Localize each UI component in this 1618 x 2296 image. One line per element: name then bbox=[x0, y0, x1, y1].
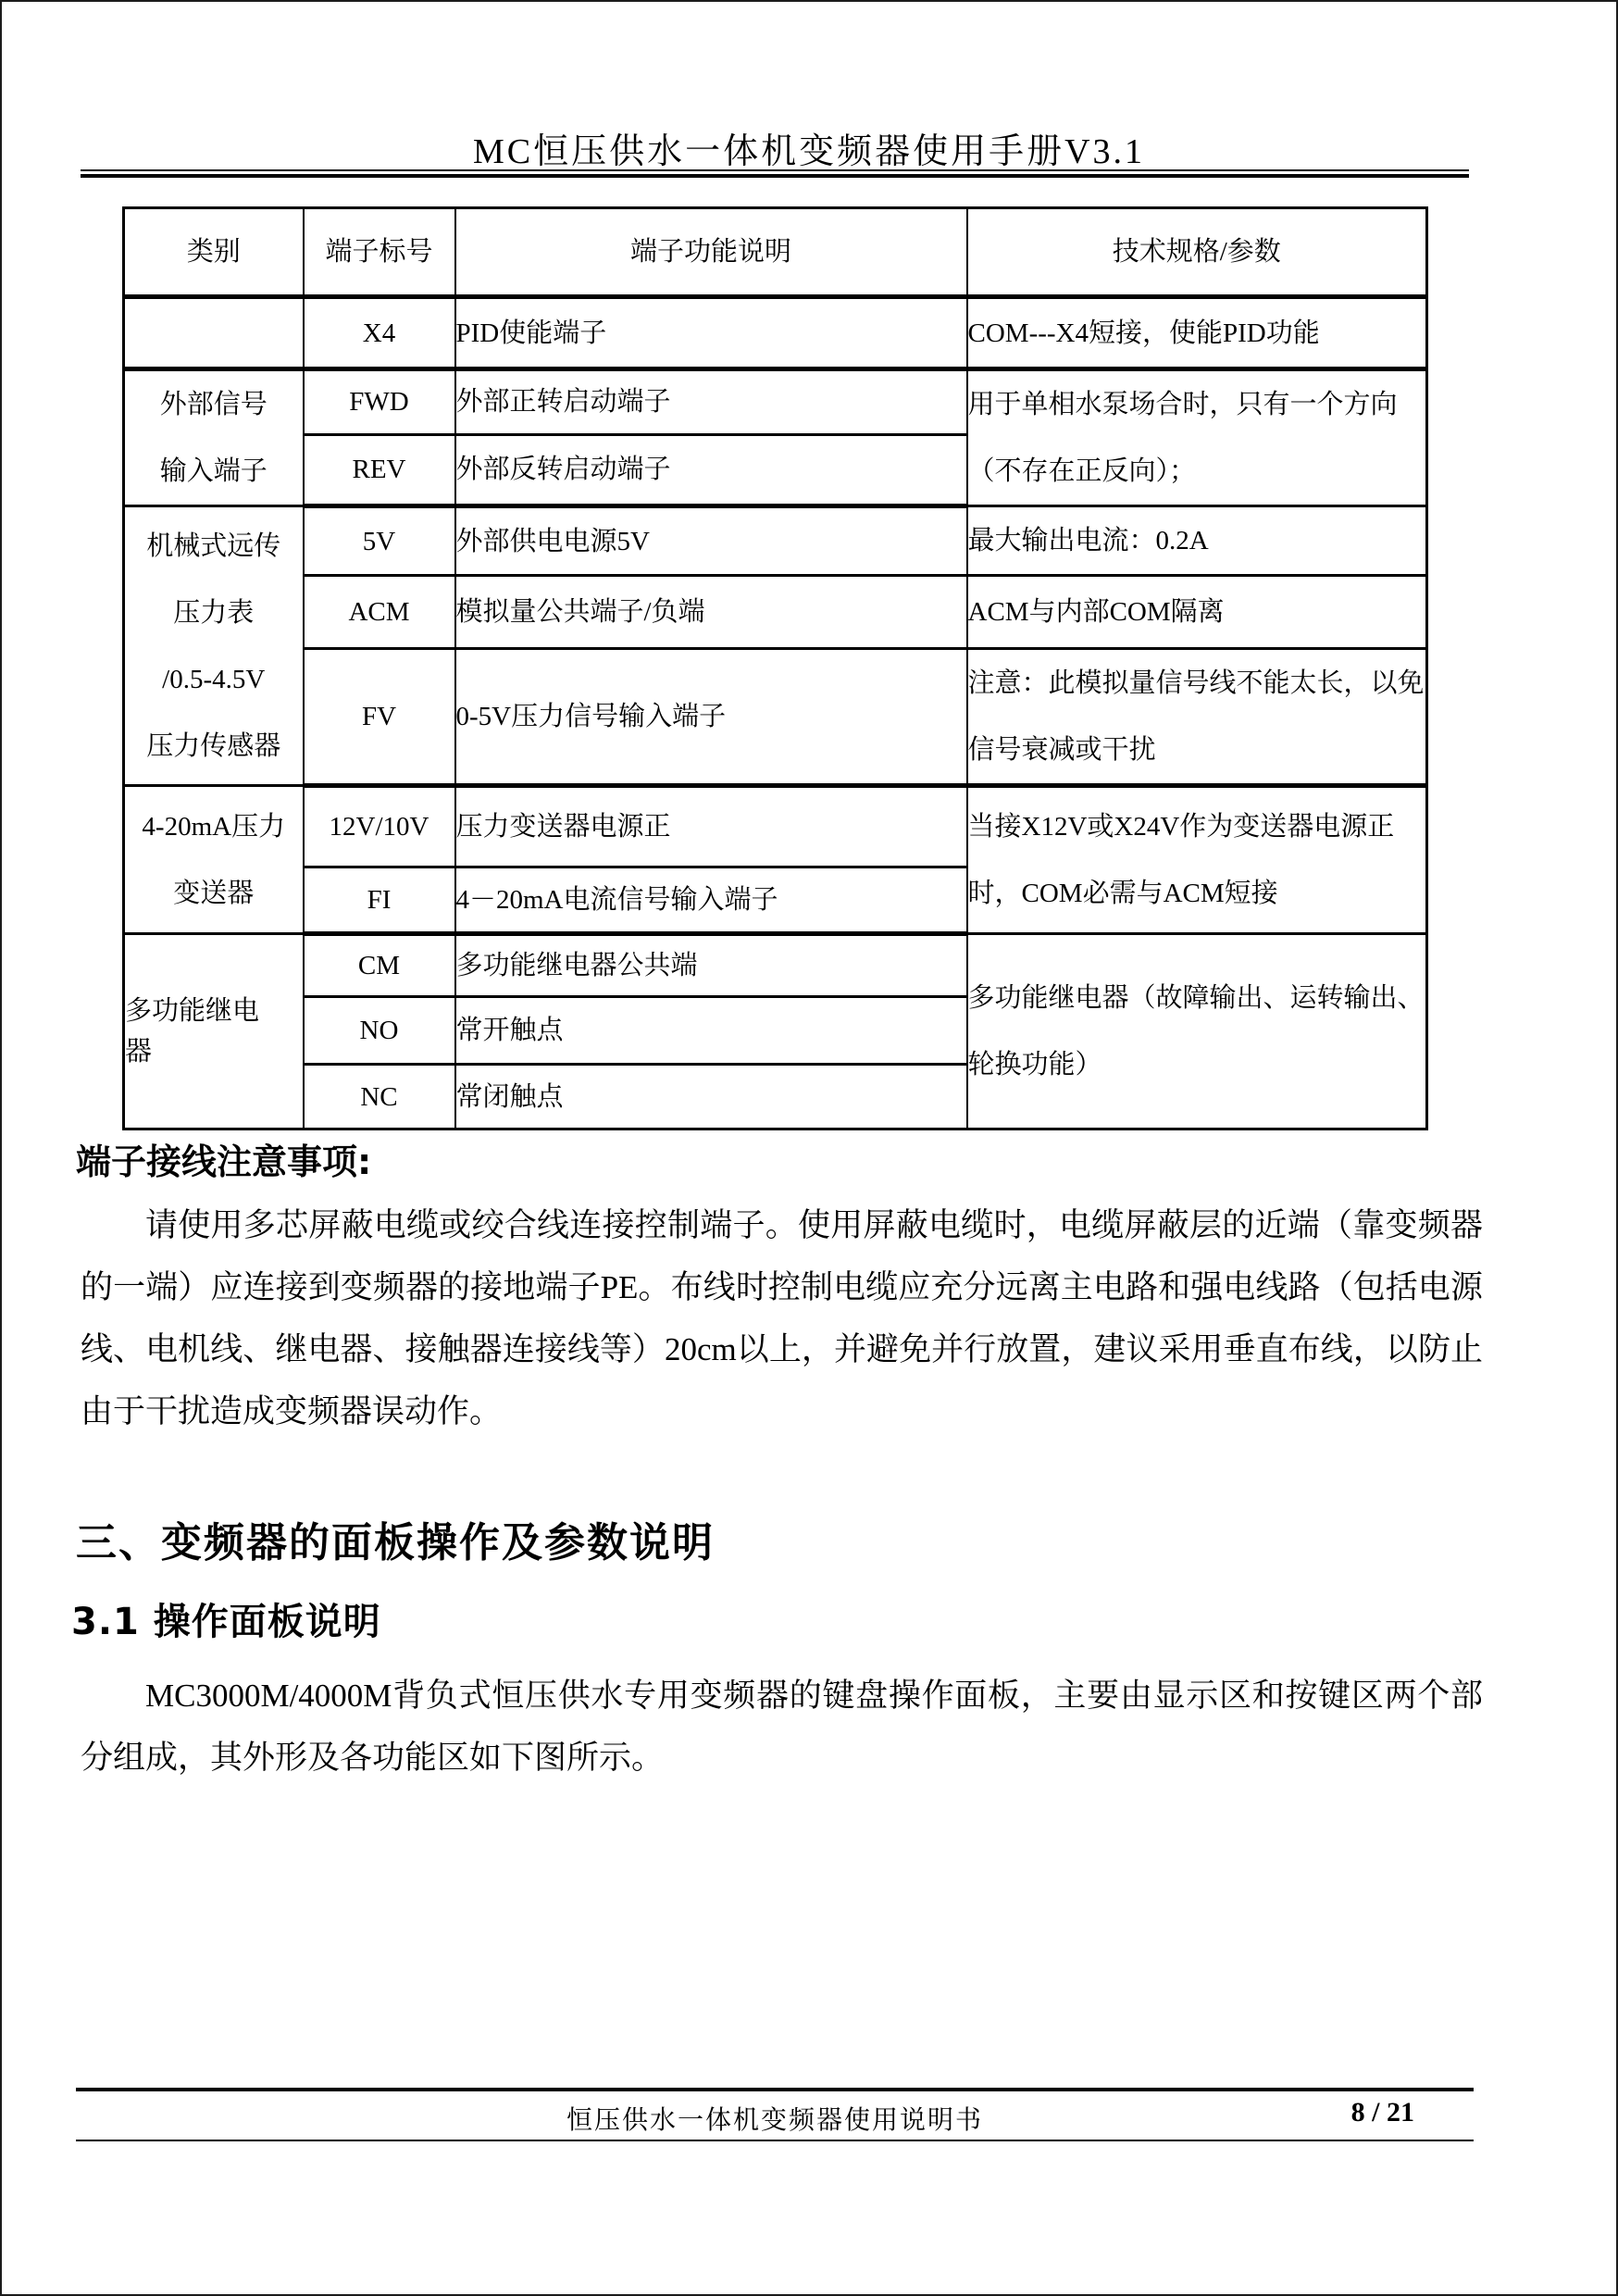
header-divider bbox=[81, 169, 1469, 178]
cell-function: PID使能端子 bbox=[455, 297, 967, 369]
cell-spec: 用于单相水泵场合时，只有一个方向（不存在正反向）； bbox=[967, 369, 1427, 506]
cell-terminal: NO bbox=[304, 997, 455, 1065]
table-row: ACM 模拟量公共端子/负端 ACM与内部COM隔离 bbox=[124, 576, 1427, 649]
cell-category bbox=[124, 297, 304, 369]
table-row: X4 PID使能端子 COM---X4短接，使能PID功能 bbox=[124, 297, 1427, 369]
cell-function: 多功能继电器公共端 bbox=[455, 934, 967, 997]
cell-terminal: NC bbox=[304, 1065, 455, 1129]
table-row: 外部信号 输入端子 FWD 外部正转启动端子 用于单相水泵场合时，只有一个方向（… bbox=[124, 369, 1427, 435]
cell-function: 外部供电电源5V bbox=[455, 506, 967, 576]
cell-category: 机械式远传 压力表 /0.5-4.5V 压力传感器 bbox=[124, 506, 304, 786]
col-header-category: 类别 bbox=[124, 208, 304, 297]
table-header-row: 类别 端子标号 端子功能说明 技术规格/参数 bbox=[124, 208, 1427, 297]
notes-paragraph: 请使用多芯屏蔽电缆或绞合线连接控制端子。使用屏蔽电缆时，电缆屏蔽层的近端（靠变频… bbox=[81, 1194, 1483, 1442]
footer-doc-title: 恒压供水一体机变频器使用说明书 bbox=[76, 2100, 1474, 2137]
cell-terminal: FV bbox=[304, 649, 455, 786]
col-header-function: 端子功能说明 bbox=[455, 208, 967, 297]
cell-terminal: REV bbox=[304, 434, 455, 505]
cell-terminal: X4 bbox=[304, 297, 455, 369]
cell-function: 4－20mA电流信号输入端子 bbox=[455, 867, 967, 934]
section-heading: 三、变频器的面板操作及参数说明 bbox=[76, 1509, 715, 1568]
cell-function: 常闭触点 bbox=[455, 1065, 967, 1129]
cell-spec: 最大输出电流：0.2A bbox=[967, 506, 1427, 576]
cell-function: 外部反转启动端子 bbox=[455, 434, 967, 505]
notes-heading: 端子接线注意事项: bbox=[76, 1133, 371, 1184]
cell-spec: ACM与内部COM隔离 bbox=[967, 576, 1427, 649]
manual-page: MC恒压供水一体机变频器使用手册V3.1 类别 端子标号 端子功能说明 技术规格… bbox=[0, 0, 1618, 2296]
cell-function: 外部正转启动端子 bbox=[455, 369, 967, 435]
footer-divider-top bbox=[76, 2088, 1474, 2091]
cell-terminal: 12V/10V bbox=[304, 786, 455, 867]
terminal-table: 类别 端子标号 端子功能说明 技术规格/参数 X4 PID使能端子 COM---… bbox=[122, 206, 1428, 1130]
col-header-spec: 技术规格/参数 bbox=[967, 208, 1427, 297]
cell-terminal: FWD bbox=[304, 369, 455, 435]
panel-paragraph: MC3000M/4000M背负式恒压供水专用变频器的键盘操作面板，主要由显示区和… bbox=[81, 1665, 1483, 1789]
cell-category: 4-20mA压力 变送器 bbox=[124, 786, 304, 934]
cell-function: 压力变送器电源正 bbox=[455, 786, 967, 867]
col-header-terminal: 端子标号 bbox=[304, 208, 455, 297]
cell-category: 多功能继电 器 bbox=[124, 934, 304, 1129]
footer-divider-bottom bbox=[76, 2140, 1474, 2141]
cell-category: 外部信号 输入端子 bbox=[124, 369, 304, 506]
table-row: FV 0-5V压力信号输入端子 注意：此模拟量信号线不能太长，以免信号衰减或干扰 bbox=[124, 649, 1427, 786]
table-row: 4-20mA压力 变送器 12V/10V 压力变送器电源正 当接X12V或X24… bbox=[124, 786, 1427, 867]
section-subheading: 3.1 操作面板说明 bbox=[71, 1592, 381, 1645]
cell-spec: 注意：此模拟量信号线不能太长，以免信号衰减或干扰 bbox=[967, 649, 1427, 786]
table-row: 机械式远传 压力表 /0.5-4.5V 压力传感器 5V 外部供电电源5V 最大… bbox=[124, 506, 1427, 576]
cell-spec: 当接X12V或X24V作为变送器电源正时，COM必需与ACM短接 bbox=[967, 786, 1427, 934]
table-row: 多功能继电 器 CM 多功能继电器公共端 多功能继电器（故障输出、运转输出、轮换… bbox=[124, 934, 1427, 997]
cell-terminal: FI bbox=[304, 867, 455, 934]
cell-function: 模拟量公共端子/负端 bbox=[455, 576, 967, 649]
cell-function: 常开触点 bbox=[455, 997, 967, 1065]
cell-function: 0-5V压力信号输入端子 bbox=[455, 649, 967, 786]
cell-terminal: CM bbox=[304, 934, 455, 997]
cell-terminal: 5V bbox=[304, 506, 455, 576]
cell-terminal: ACM bbox=[304, 576, 455, 649]
footer-page-number: 8 / 21 bbox=[1351, 2097, 1414, 2128]
cell-spec: 多功能继电器（故障输出、运转输出、轮换功能） bbox=[967, 934, 1427, 1129]
cell-spec: COM---X4短接，使能PID功能 bbox=[967, 297, 1427, 369]
page-title: MC恒压供水一体机变频器使用手册V3.1 bbox=[2, 122, 1616, 173]
